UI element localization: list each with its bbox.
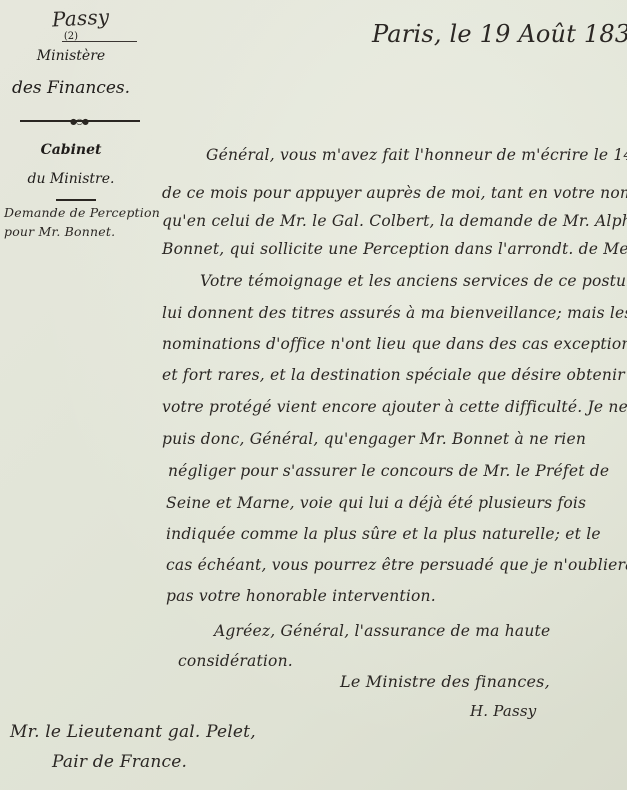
addressee-line1: Mr. le Lieutenant gal. Pelet, (10, 722, 256, 742)
body-line: nominations d'office n'ont lieu que dans… (162, 335, 627, 353)
ministry-name-line1: Ministère (0, 48, 142, 64)
body-line: Général, vous m'avez fait l'honneur de m… (206, 146, 627, 164)
body-line: et fort rares, et la destination spécial… (162, 366, 625, 384)
signatory-name: H. Passy (470, 702, 536, 720)
addressee-line2: Pair de France. (52, 752, 187, 772)
closing-line1: Agréez, Général, l'assurance de ma haute (214, 622, 550, 640)
ministry-name-line2: des Finances. (0, 78, 142, 98)
divider-ornament-icon: ●○● (70, 117, 88, 126)
body-line: votre protégé vient encore ajouter à cet… (162, 398, 627, 416)
body-line: indiquée comme la plus sûre et la plus n… (166, 525, 601, 543)
filing-number: (2) (0, 31, 142, 42)
short-divider (56, 199, 96, 201)
body-line: puis donc, Général, qu'engager Mr. Bonne… (162, 430, 586, 448)
subject-line1: Demande de Perception (4, 205, 160, 220)
body-line: Votre témoignage et les anciens services… (200, 272, 627, 290)
body-line: qu'en celui de Mr. le Gal. Colbert, la d… (162, 212, 627, 230)
department-line1: Cabinet (0, 142, 142, 158)
closing-line2: considération. (178, 652, 293, 670)
body-line: de ce mois pour appuyer auprès de moi, t… (162, 184, 627, 202)
body-line: cas échéant, vous pourrez être persuadé … (166, 556, 627, 574)
body-line: lui donnent des titres assurés à ma bien… (162, 304, 627, 322)
body-line: Bonnet, qui sollicite une Perception dan… (162, 240, 627, 258)
subject-line2: pour Mr. Bonnet. (4, 224, 115, 239)
body-line: Seine et Marne, voie qui lui a déjà été … (166, 494, 586, 512)
department-line2: du Ministre. (0, 171, 142, 187)
dateline: Paris, le 19 Août 1839. (372, 20, 627, 48)
body-line: négliger pour s'assurer le concours de M… (168, 462, 609, 480)
signatory-title: Le Ministre des finances, (340, 672, 550, 691)
body-line: pas votre honorable intervention. (166, 587, 436, 605)
filing-signature: Passy (51, 5, 109, 32)
